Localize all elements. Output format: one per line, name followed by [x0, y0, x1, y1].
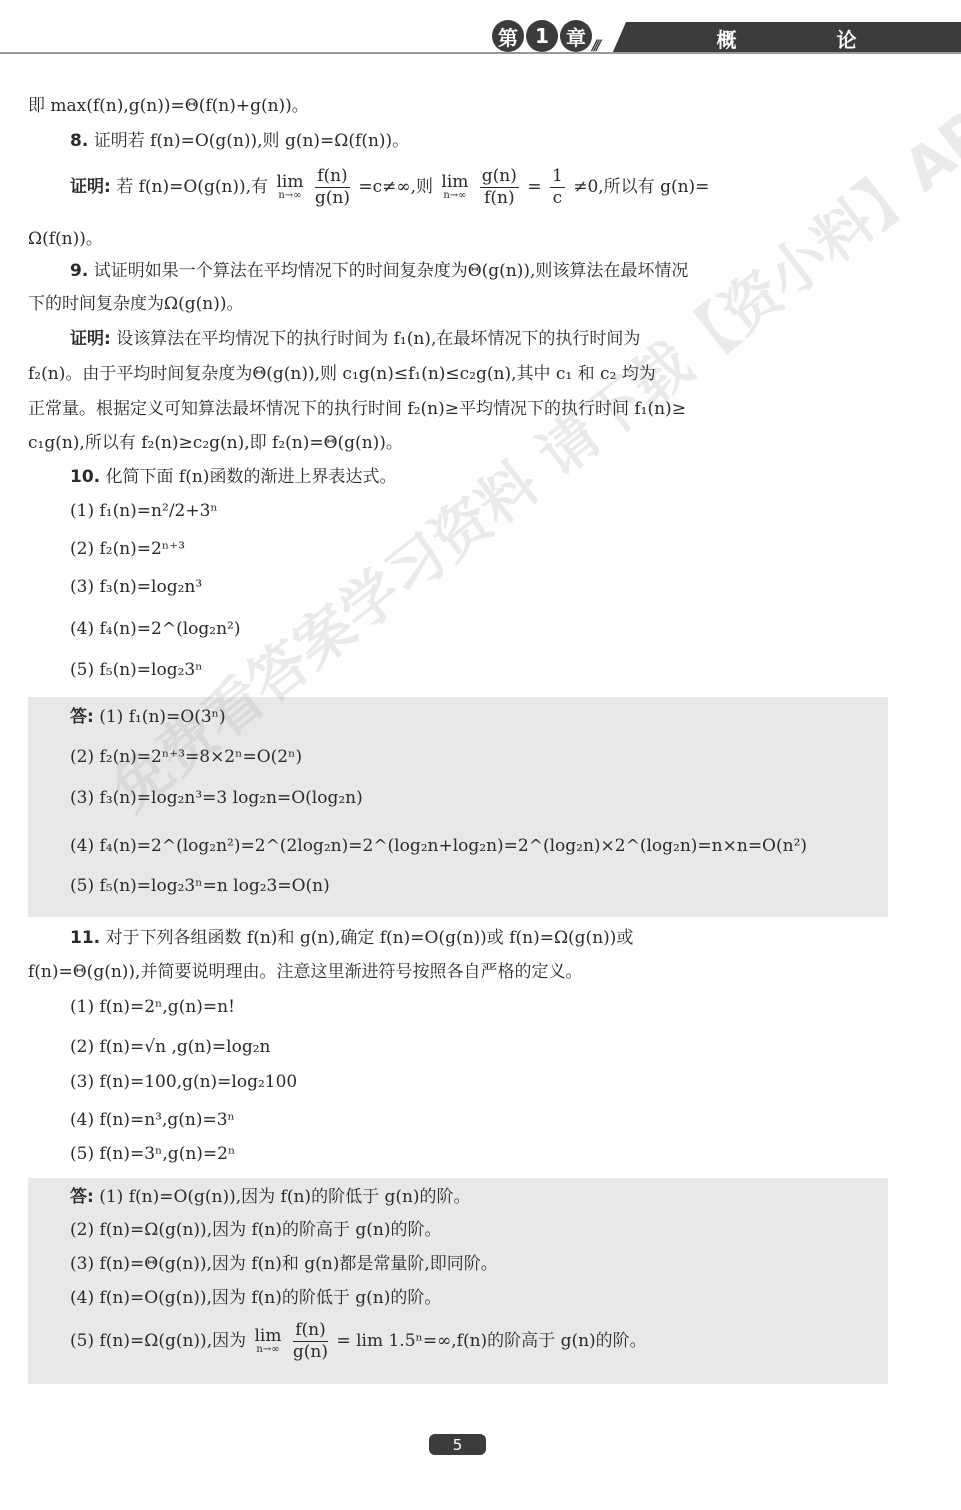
proof-9: 证明: 设该算法在平均情况下的执行时间为 f₁(n),在最坏情况下的执行时间为	[70, 331, 640, 348]
numerator: 1	[550, 168, 565, 188]
chapter-badges: 第 1 章	[492, 20, 592, 52]
denominator: f(n)	[484, 188, 515, 207]
numerator: f(n)	[315, 168, 350, 188]
q10-answer-3: (3) f₃(n)=log₂n³=3 log₂n=O(log₂n)	[70, 790, 363, 807]
q10-item-5: (5) f₅(n)=log₂3ⁿ	[70, 662, 203, 679]
question-9-line2: 下的时间复杂度为Ω(g(n))。	[28, 296, 243, 313]
proof-text: 设该算法在平均情况下的执行时间为 f₁(n),在最坏情况下的执行时间为	[116, 329, 640, 349]
limit-sub: n→∞	[443, 191, 466, 201]
limit: limn→∞	[255, 1328, 282, 1355]
fraction: f(n)g(n)	[293, 1322, 328, 1361]
limit-sub: n→∞	[256, 1345, 279, 1355]
chapter-title-bar: 概 论	[612, 22, 961, 54]
proof-9-line4: c₁g(n),所以有 f₂(n)≥c₂g(n),即 f₂(n)=Θ(g(n))。	[28, 435, 403, 452]
proof-9-line3: 正常量。根据定义可知算法最坏情况下的执行时间 f₂(n)≥平均情况下的执行时间 …	[28, 401, 686, 418]
numerator: g(n)	[480, 168, 519, 188]
answer-text: = lim 1.5ⁿ=∞,f(n)的阶高于 g(n)的阶。	[336, 1331, 646, 1351]
question-text: 化简下面 f(n)函数的渐进上界表达式。	[106, 467, 397, 487]
fraction: 1c	[550, 168, 565, 207]
q10-item-1: (1) f₁(n)=n²/2+3ⁿ	[70, 503, 218, 520]
chapter-badge-di: 第	[492, 20, 524, 52]
answer-text: (5) f(n)=Ω(g(n)),因为	[70, 1331, 246, 1351]
question-11-line2: f(n)=Θ(g(n)),并简要说明理由。注意这里渐进符号按照各自严格的定义。	[28, 964, 582, 981]
q11-item-2: (2) f(n)=√n ,g(n)=log₂n	[70, 1039, 270, 1056]
q11-answer-3: (3) f(n)=Θ(g(n)),因为 f(n)和 g(n)都是常量阶,即同阶。	[70, 1256, 498, 1273]
answer-text: (1) f₁(n)=O(3ⁿ)	[99, 707, 225, 727]
page-number: 5	[429, 1434, 486, 1455]
question-number: 10.	[70, 467, 100, 487]
q11-answer-2: (2) f(n)=Ω(g(n)),因为 f(n)的阶高于 g(n)的阶。	[70, 1222, 442, 1239]
proof-8-continued: Ω(f(n))。	[28, 231, 103, 248]
limit-sub: n→∞	[278, 191, 301, 201]
q10-item-3: (3) f₃(n)=log₂n³	[70, 579, 202, 596]
chapter-title: 概 论	[717, 24, 897, 53]
proof-9-line2: f₂(n)。由于平均时间复杂度为Θ(g(n)),则 c₁g(n)≤f₁(n)≤c…	[28, 366, 656, 383]
q11-answer-1: 答: (1) f(n)=O(g(n)),因为 f(n)的阶低于 g(n)的阶。	[70, 1189, 471, 1206]
question-9: 9. 试证明如果一个算法在平均情况下的时间复杂度为Θ(g(n)),则该算法在最坏…	[70, 263, 688, 280]
q11-answer-4: (4) f(n)=O(g(n)),因为 f(n)的阶低于 g(n)的阶。	[70, 1290, 441, 1307]
question-number: 11.	[70, 928, 100, 948]
denominator: c	[553, 188, 563, 207]
answer-label: 答:	[70, 1187, 94, 1207]
question-8: 8. 证明若 f(n)=O(g(n)),则 g(n)=Ω(f(n))。	[70, 133, 409, 150]
limit-label: lim	[255, 1328, 282, 1345]
q11-item-1: (1) f(n)=2ⁿ,g(n)=n!	[70, 999, 235, 1016]
proof-text: 若 f(n)=O(g(n)),有	[116, 177, 268, 197]
proof-text: =c≠∞,则	[358, 177, 433, 197]
q10-item-2: (2) f₂(n)=2ⁿ⁺³	[70, 541, 185, 558]
proof-label: 证明:	[70, 329, 111, 349]
proof-text: =	[527, 177, 541, 197]
chapter-badge-number: 1	[526, 20, 558, 52]
q11-item-4: (4) f(n)=n³,g(n)=3ⁿ	[70, 1112, 235, 1129]
proof-text: ≠0,所以有 g(n)=	[573, 177, 709, 197]
denominator: g(n)	[293, 1342, 328, 1361]
chapter-badge-zhang: 章	[560, 20, 592, 52]
proof-label: 证明:	[70, 177, 111, 197]
fraction: g(n)f(n)	[480, 168, 519, 207]
question-text: 试证明如果一个算法在平均情况下的时间复杂度为Θ(g(n)),则该算法在最坏情况	[94, 261, 689, 281]
fraction: f(n)g(n)	[315, 168, 350, 207]
q10-answer-1: 答: (1) f₁(n)=O(3ⁿ)	[70, 709, 226, 726]
denominator: g(n)	[315, 188, 350, 207]
q11-item-5: (5) f(n)=3ⁿ,g(n)=2ⁿ	[70, 1146, 235, 1163]
limit: limn→∞	[276, 174, 303, 201]
q10-answer-2: (2) f₂(n)=2ⁿ⁺³=8×2ⁿ=O(2ⁿ)	[70, 749, 302, 766]
question-text: 证明若 f(n)=O(g(n)),则 g(n)=Ω(f(n))。	[94, 131, 409, 151]
question-number: 9.	[70, 261, 88, 281]
answer-text: (1) f(n)=O(g(n)),因为 f(n)的阶低于 g(n)的阶。	[99, 1187, 470, 1207]
question-10: 10. 化简下面 f(n)函数的渐进上界表达式。	[70, 469, 396, 486]
question-11: 11. 对于下列各组函数 f(n)和 g(n),确定 f(n)=O(g(n))或…	[70, 930, 633, 947]
q10-item-4: (4) f₄(n)=2^(log₂n²)	[70, 621, 241, 638]
header-divider	[0, 52, 961, 54]
q11-answer-5: (5) f(n)=Ω(g(n)),因为 limn→∞ f(n)g(n) = li…	[70, 1322, 647, 1361]
numerator: f(n)	[293, 1322, 328, 1342]
q11-item-3: (3) f(n)=100,g(n)=log₂100	[70, 1074, 297, 1091]
question-text: 对于下列各组函数 f(n)和 g(n),确定 f(n)=O(g(n))或 f(n…	[106, 928, 634, 948]
q10-answer-4: (4) f₄(n)=2^(log₂n²)=2^(2log₂n)=2^(log₂n…	[70, 838, 807, 855]
q10-answer-5: (5) f₅(n)=log₂3ⁿ=n log₂3=O(n)	[70, 878, 330, 895]
answer-label: 答:	[70, 707, 94, 727]
question-number: 8.	[70, 131, 88, 151]
limit: limn→∞	[441, 174, 468, 201]
continuation-line: 即 max(f(n),g(n))=Θ(f(n)+g(n))。	[28, 98, 309, 115]
proof-8: 证明: 若 f(n)=O(g(n)),有 limn→∞ f(n)g(n) =c≠…	[70, 168, 709, 207]
